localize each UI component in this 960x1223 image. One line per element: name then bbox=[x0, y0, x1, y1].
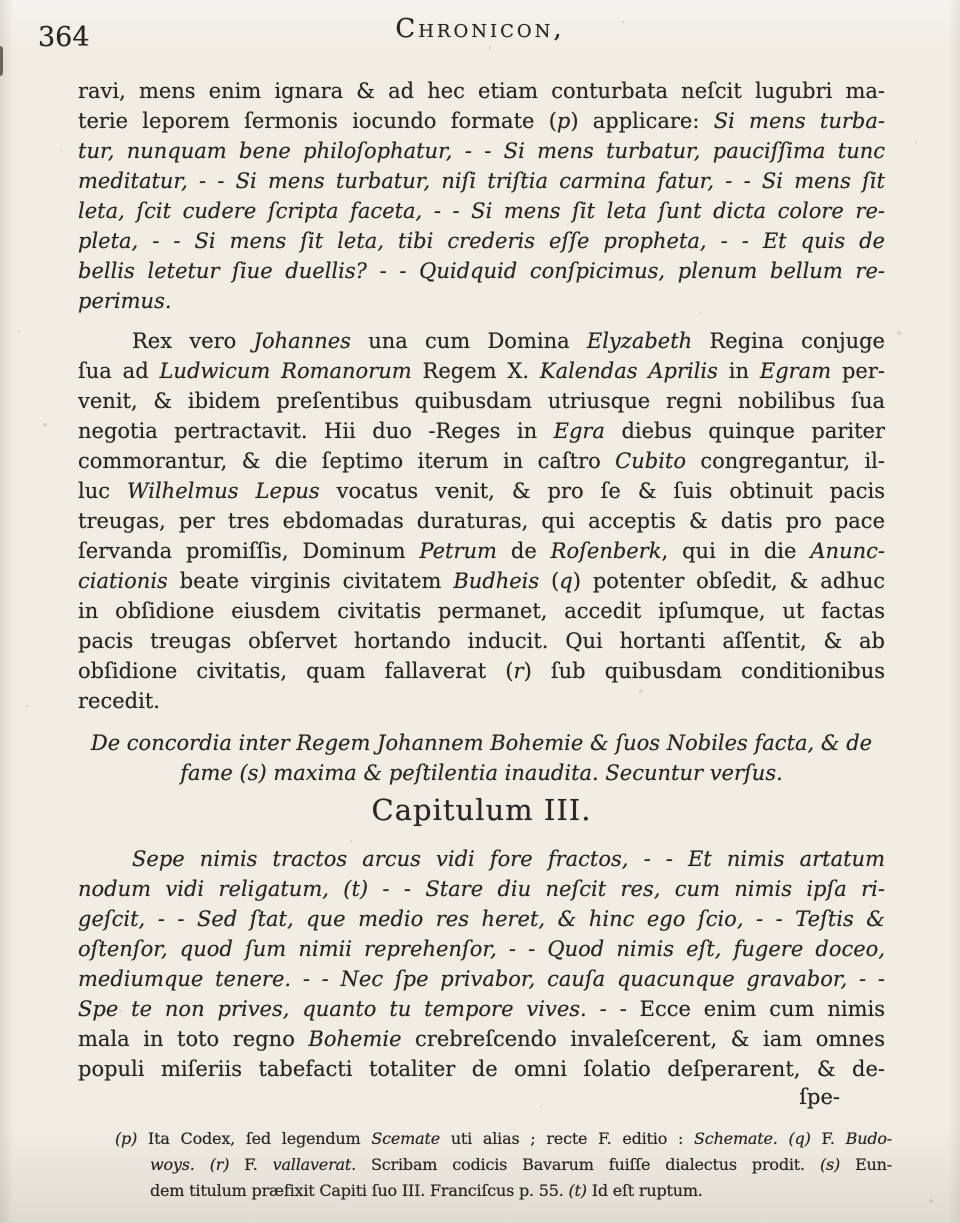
paragraph-rex-johannes: Rex vero Johannes una cum Domina Elyzabe… bbox=[78, 326, 885, 716]
roman-text-run: beate virginis civitatem bbox=[168, 569, 454, 593]
italic-text-run: (q) bbox=[789, 1129, 811, 1148]
roman-text-run: F. bbox=[229, 1155, 272, 1174]
text-line: Spe te non prives, quanto tu tempore viv… bbox=[78, 994, 885, 1024]
roman-text-run: pacis treugas obſervet hortando inducit.… bbox=[78, 629, 885, 653]
italic-text-run: Scemate bbox=[371, 1129, 440, 1148]
roman-text-run: diebus quinque pariter bbox=[605, 419, 885, 443]
italic-text-run: Anunc- bbox=[810, 539, 885, 563]
italic-text-run: p bbox=[557, 109, 570, 133]
italic-text-run: oſtenſor, quod ſum nimii reprehenſor, - … bbox=[78, 937, 885, 961]
italic-text-run: Egram bbox=[760, 359, 831, 383]
italic-text-run: Egra bbox=[554, 419, 605, 443]
roman-text-run: una cum Domina bbox=[351, 329, 587, 353]
roman-text-run: Eun- bbox=[840, 1155, 892, 1174]
italic-text-run: Kalendas Aprilis bbox=[540, 359, 718, 383]
roman-text-run: Regina conjuge bbox=[692, 329, 885, 353]
roman-text-run: luc bbox=[78, 479, 127, 503]
text-line: Rex vero Johannes una cum Domina Elyzabe… bbox=[78, 326, 885, 356]
roman-text-run: ſervanda promiſſis, Dominum bbox=[78, 539, 419, 563]
roman-text-run bbox=[778, 1129, 789, 1148]
text-line: oſtenſor, quod ſum nimii reprehenſor, - … bbox=[78, 934, 885, 964]
footnotes: (p) Ita Codex, ſed legendum Scemate uti … bbox=[115, 1126, 892, 1204]
italic-text-run: leta, ſcit cudere ſcripta faceta, - - Si… bbox=[78, 199, 885, 223]
roman-text-run: treugas, per tres ebdomadas duraturas, q… bbox=[78, 509, 885, 533]
text-line: fame (s) maxima & peſtilentia inaudita. … bbox=[78, 758, 885, 788]
italic-text-run: geſcit, - - Sed ſtat, que medio res here… bbox=[78, 907, 885, 931]
italic-text-run: r bbox=[514, 659, 524, 683]
text-line: dem titulum præfixit Capiti ſuo III. Fra… bbox=[150, 1178, 892, 1204]
catchword-line: ſpe- bbox=[78, 1084, 885, 1110]
chapter-title: Capitulum III. bbox=[78, 790, 885, 830]
text-line: geſcit, - - Sed ſtat, que medio res here… bbox=[78, 904, 885, 934]
italic-text-run: Budheis bbox=[453, 569, 539, 593]
text-line: woys. (r) F. vallaverat. Scribam codicis… bbox=[150, 1152, 892, 1178]
text-line: ſervanda promiſſis, Dominum Petrum de Ro… bbox=[78, 536, 885, 566]
roman-text-run: Id eſt ruptum. bbox=[587, 1181, 703, 1200]
roman-text-run: populi miſeriis tabefacti totaliter de o… bbox=[78, 1057, 885, 1081]
text-block: ravi, mens enim ignara & ad hec etiam co… bbox=[78, 76, 885, 1110]
roman-text-run: vocatus venit, & pro ſe & ſuis obtinuit … bbox=[320, 479, 885, 503]
page-header: 364 Chronicon, bbox=[0, 0, 960, 64]
roman-text-run: Ita Codex, ſed legendum bbox=[137, 1129, 371, 1148]
text-line: obſidione civitatis, quam fallaverat (r)… bbox=[78, 656, 885, 686]
roman-text-run: ) applicare: bbox=[570, 109, 713, 133]
roman-text-run: in obſidione eiusdem civitatis permanet,… bbox=[78, 599, 885, 623]
roman-text-run: congregantur, il- bbox=[686, 449, 885, 473]
text-line: De concordia inter Regem Johannem Bohemi… bbox=[78, 728, 885, 758]
text-line: luc Wilhelmus Lepus vocatus venit, & pro… bbox=[78, 476, 885, 506]
text-line: populi miſeriis tabefacti totaliter de o… bbox=[78, 1054, 885, 1084]
italic-text-run: Ludwicum Romanorum bbox=[159, 359, 411, 383]
italic-text-run: bellis letetur ſiue duellis? - - Quidqui… bbox=[78, 259, 885, 283]
text-line: Sepe nimis tractos arcus vidi fore fract… bbox=[78, 844, 885, 874]
roman-text-run: ) potenter obſedit, & adhuc bbox=[573, 569, 885, 593]
italic-text-run: vallaverat. bbox=[273, 1155, 356, 1174]
roman-text-run: ſua ad bbox=[78, 359, 159, 383]
text-line: treugas, per tres ebdomadas duraturas, q… bbox=[78, 506, 885, 536]
roman-text-run: mala in toto regno bbox=[78, 1027, 308, 1051]
italic-text-run: tur, nunquam bene philoſophatur, - - Si … bbox=[78, 139, 885, 163]
roman-text-run: recedit. bbox=[78, 689, 160, 713]
roman-text-run: Regem X. bbox=[412, 359, 540, 383]
roman-text-run: , qui in die bbox=[662, 539, 811, 563]
italic-text-run: Johannes bbox=[254, 329, 351, 353]
roman-text-run: negotia pertractavit. Hii duo -Reges in bbox=[78, 419, 554, 443]
text-line: meditatur, - - Si mens turbatur, niſi tr… bbox=[78, 166, 885, 196]
roman-text-run: uti alias ; recte F. editio : bbox=[440, 1129, 694, 1148]
italic-text-run: perimus. bbox=[78, 289, 172, 313]
text-line: bellis letetur ſiue duellis? - - Quidqui… bbox=[78, 256, 885, 286]
italic-text-run: Petrum bbox=[419, 539, 497, 563]
italic-text-run: meditatur, - - Si mens turbatur, niſi tr… bbox=[78, 169, 885, 193]
italic-text-run: ciationis bbox=[78, 569, 168, 593]
text-line: in obſidione eiusdem civitatis permanet,… bbox=[78, 596, 885, 626]
roman-text-run: crebreſcendo invaleſcerent, & iam omnes bbox=[402, 1027, 886, 1051]
text-line: venit, & ibidem preſentibus quibusdam ut… bbox=[78, 386, 885, 416]
text-line: mediumque tenere. - - Nec ſpe privabor, … bbox=[78, 964, 885, 994]
catchword: ſpe- bbox=[799, 1085, 840, 1109]
italic-text-run: (t) bbox=[569, 1181, 587, 1200]
italic-text-run: Elyzabeth bbox=[587, 329, 692, 353]
roman-text-run: commorantur, & die ſeptimo iterum in caſ… bbox=[78, 449, 615, 473]
italic-text-run: Spe te non prives, quanto tu tempore viv… bbox=[78, 997, 640, 1021]
italic-text-run: nodum vidi religatum, (t) - - Stare diu … bbox=[78, 877, 885, 901]
italic-text-run: Sepe nimis tractos arcus vidi fore fract… bbox=[132, 847, 885, 871]
text-line: mala in toto regno Bohemie crebreſcendo … bbox=[78, 1024, 885, 1054]
scan-edge-mark bbox=[0, 46, 3, 76]
italic-text-run: (r) bbox=[210, 1155, 230, 1174]
text-line: (p) Ita Codex, ſed legendum Scemate uti … bbox=[115, 1126, 892, 1152]
roman-text-run: de bbox=[497, 539, 551, 563]
roman-text-run: venit, & ibidem preſentibus quibusdam ut… bbox=[78, 389, 885, 413]
running-head: Chronicon, bbox=[0, 14, 960, 44]
text-line: ſua ad Ludwicum Romanorum Regem X. Kalen… bbox=[78, 356, 885, 386]
roman-text-run: Ecce enim cum nimis bbox=[640, 997, 885, 1021]
roman-text-run: terie leporem ſermonis iocundo formate ( bbox=[78, 109, 557, 133]
italic-text-run: Wilhelmus Lepus bbox=[127, 479, 320, 503]
roman-text-run: ) ſub quibusdam conditionibus bbox=[524, 659, 885, 683]
text-line: perimus. bbox=[78, 286, 885, 316]
text-line: ciationis beate virginis civitatem Budhe… bbox=[78, 566, 885, 596]
text-line: tur, nunquam bene philoſophatur, - - Si … bbox=[78, 136, 885, 166]
scanned-book-page: { "page": { "number": "364", "running_he… bbox=[0, 0, 960, 1223]
text-line: recedit. bbox=[78, 686, 885, 716]
roman-text-run bbox=[195, 1155, 210, 1174]
text-line: nodum vidi religatum, (t) - - Stare diu … bbox=[78, 874, 885, 904]
roman-text-run: ( bbox=[539, 569, 559, 593]
italic-text-run: Budo- bbox=[846, 1129, 892, 1148]
roman-text-run: dem titulum præfixit Capiti ſuo III. Fra… bbox=[150, 1181, 569, 1200]
text-line: leta, ſcit cudere ſcripta faceta, - - Si… bbox=[78, 196, 885, 226]
paragraph-verses: Sepe nimis tractos arcus vidi fore fract… bbox=[78, 844, 885, 1084]
paragraph-continuation: ravi, mens enim ignara & ad hec etiam co… bbox=[78, 76, 885, 316]
text-line: ravi, mens enim ignara & ad hec etiam co… bbox=[78, 76, 885, 106]
text-line: commorantur, & die ſeptimo iterum in caſ… bbox=[78, 446, 885, 476]
italic-text-run: De concordia inter Regem Johannem Bohemi… bbox=[91, 731, 872, 755]
roman-text-run: F. bbox=[811, 1129, 846, 1148]
roman-text-run: per- bbox=[831, 359, 885, 383]
italic-text-run: pleta, - - Si mens ſit leta, tibi creder… bbox=[78, 229, 885, 253]
italic-text-run: (p) bbox=[115, 1129, 137, 1148]
text-line: negotia pertractavit. Hii duo -Reges in … bbox=[78, 416, 885, 446]
italic-text-run: mediumque tenere. - - Nec ſpe privabor, … bbox=[78, 967, 885, 991]
book-page: 364 Chronicon, ravi, mens enim ignara & … bbox=[0, 0, 960, 1223]
italic-text-run: Cubito bbox=[615, 449, 686, 473]
italic-text-run: Schemate. bbox=[694, 1129, 778, 1148]
italic-text-run: Roſenberk bbox=[551, 539, 662, 563]
italic-text-run: Bohemie bbox=[308, 1027, 401, 1051]
text-line: terie leporem ſermonis iocundo formate (… bbox=[78, 106, 885, 136]
italic-text-run: q bbox=[559, 569, 572, 593]
roman-text-run: Scribam codicis Bavarum fuiſſe dialectus… bbox=[356, 1155, 820, 1174]
text-line: pleta, - - Si mens ſit leta, tibi creder… bbox=[78, 226, 885, 256]
roman-text-run: obſidione civitatis, quam fallaverat ( bbox=[78, 659, 514, 683]
roman-text-run: ravi, mens enim ignara & ad hec etiam co… bbox=[78, 79, 885, 103]
italic-text-run: woys. bbox=[150, 1155, 195, 1174]
chapter-argument: De concordia inter Regem Johannem Bohemi… bbox=[78, 728, 885, 788]
roman-text-run: Rex vero bbox=[132, 329, 254, 353]
italic-text-run: (s) bbox=[820, 1155, 840, 1174]
italic-text-run: fame (s) maxima & peſtilentia inaudita. … bbox=[180, 761, 783, 785]
text-line: pacis treugas obſervet hortando inducit.… bbox=[78, 626, 885, 656]
roman-text-run: in bbox=[718, 359, 760, 383]
italic-text-run: Si mens turba- bbox=[714, 109, 885, 133]
